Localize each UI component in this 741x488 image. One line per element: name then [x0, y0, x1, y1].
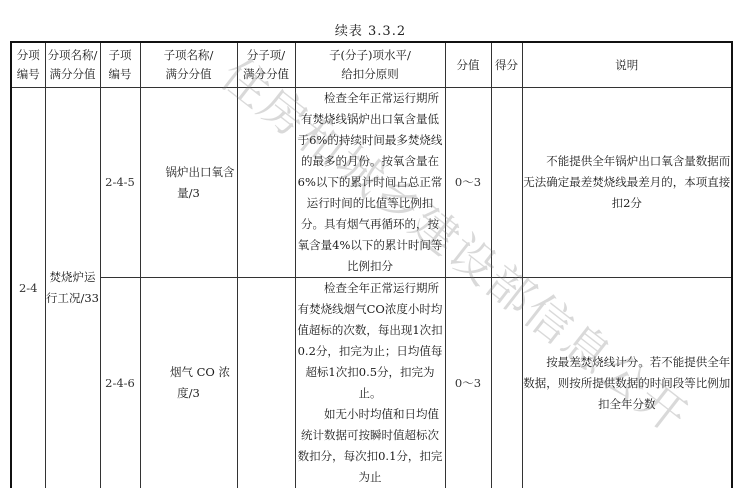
sub-id-cell: 2-4-6	[100, 278, 140, 488]
table-row: 2-4 焚烧炉运行工况/33 2-4-5 锅炉出口氧含量/3 检查全年正常运行期…	[11, 88, 732, 278]
criteria-cell: 检查全年正常运行期所有焚烧线锅炉出口氧含量低于6%的持续时间最多焚烧线的最多的月…	[295, 88, 445, 278]
header-section-name: 分项名称/满分分值	[45, 42, 100, 88]
branch-cell	[237, 278, 295, 488]
score-cell[interactable]	[491, 88, 522, 278]
score-range-cell: 0～3	[445, 278, 491, 488]
header-score: 得分	[491, 42, 522, 88]
sub-name-cell: 锅炉出口氧含量/3	[140, 88, 237, 278]
score-cell[interactable]	[491, 278, 522, 488]
score-range-cell: 0～3	[445, 88, 491, 278]
section-id-cell: 2-4	[11, 88, 45, 488]
criteria-cell: 检查全年正常运行期所有焚烧线烟气CO浓度小时均值超标的次数，每出现1次扣0.2分…	[295, 278, 445, 488]
header-section-id: 分项编号	[11, 42, 45, 88]
header-note: 说明	[522, 42, 732, 88]
note-cell: 不能提供全年锅炉出口氧含量数据而无法确定最差焚烧线最差月的，本项直接扣2分	[522, 88, 732, 278]
sub-name-cell: 烟气 CO 浓度/3	[140, 278, 237, 488]
note-cell: 按最差焚烧线计分。若不能提供全年数据，则按所提供数据的时间段等比例加扣全年分数	[522, 278, 732, 488]
scoring-table: 分项编号 分项名称/满分分值 子项编号 子项名称/满分分值 分子项/满分分值 子…	[10, 41, 733, 488]
header-branch: 分子项/满分分值	[237, 42, 295, 88]
header-score-range: 分值	[445, 42, 491, 88]
table-caption: 续表 3.3.2	[0, 20, 741, 39]
sub-id-cell: 2-4-5	[100, 88, 140, 278]
header-sub-id: 子项编号	[100, 42, 140, 88]
branch-cell	[237, 88, 295, 278]
section-name-cell: 焚烧炉运行工况/33	[45, 88, 100, 488]
header-sub-name: 子项名称/满分分值	[140, 42, 237, 88]
header-row: 分项编号 分项名称/满分分值 子项编号 子项名称/满分分值 分子项/满分分值 子…	[11, 42, 732, 88]
header-criteria: 子(分子)项水平/给扣分原则	[295, 42, 445, 88]
table-row: 2-4-6 烟气 CO 浓度/3 检查全年正常运行期所有焚烧线烟气CO浓度小时均…	[11, 278, 732, 488]
